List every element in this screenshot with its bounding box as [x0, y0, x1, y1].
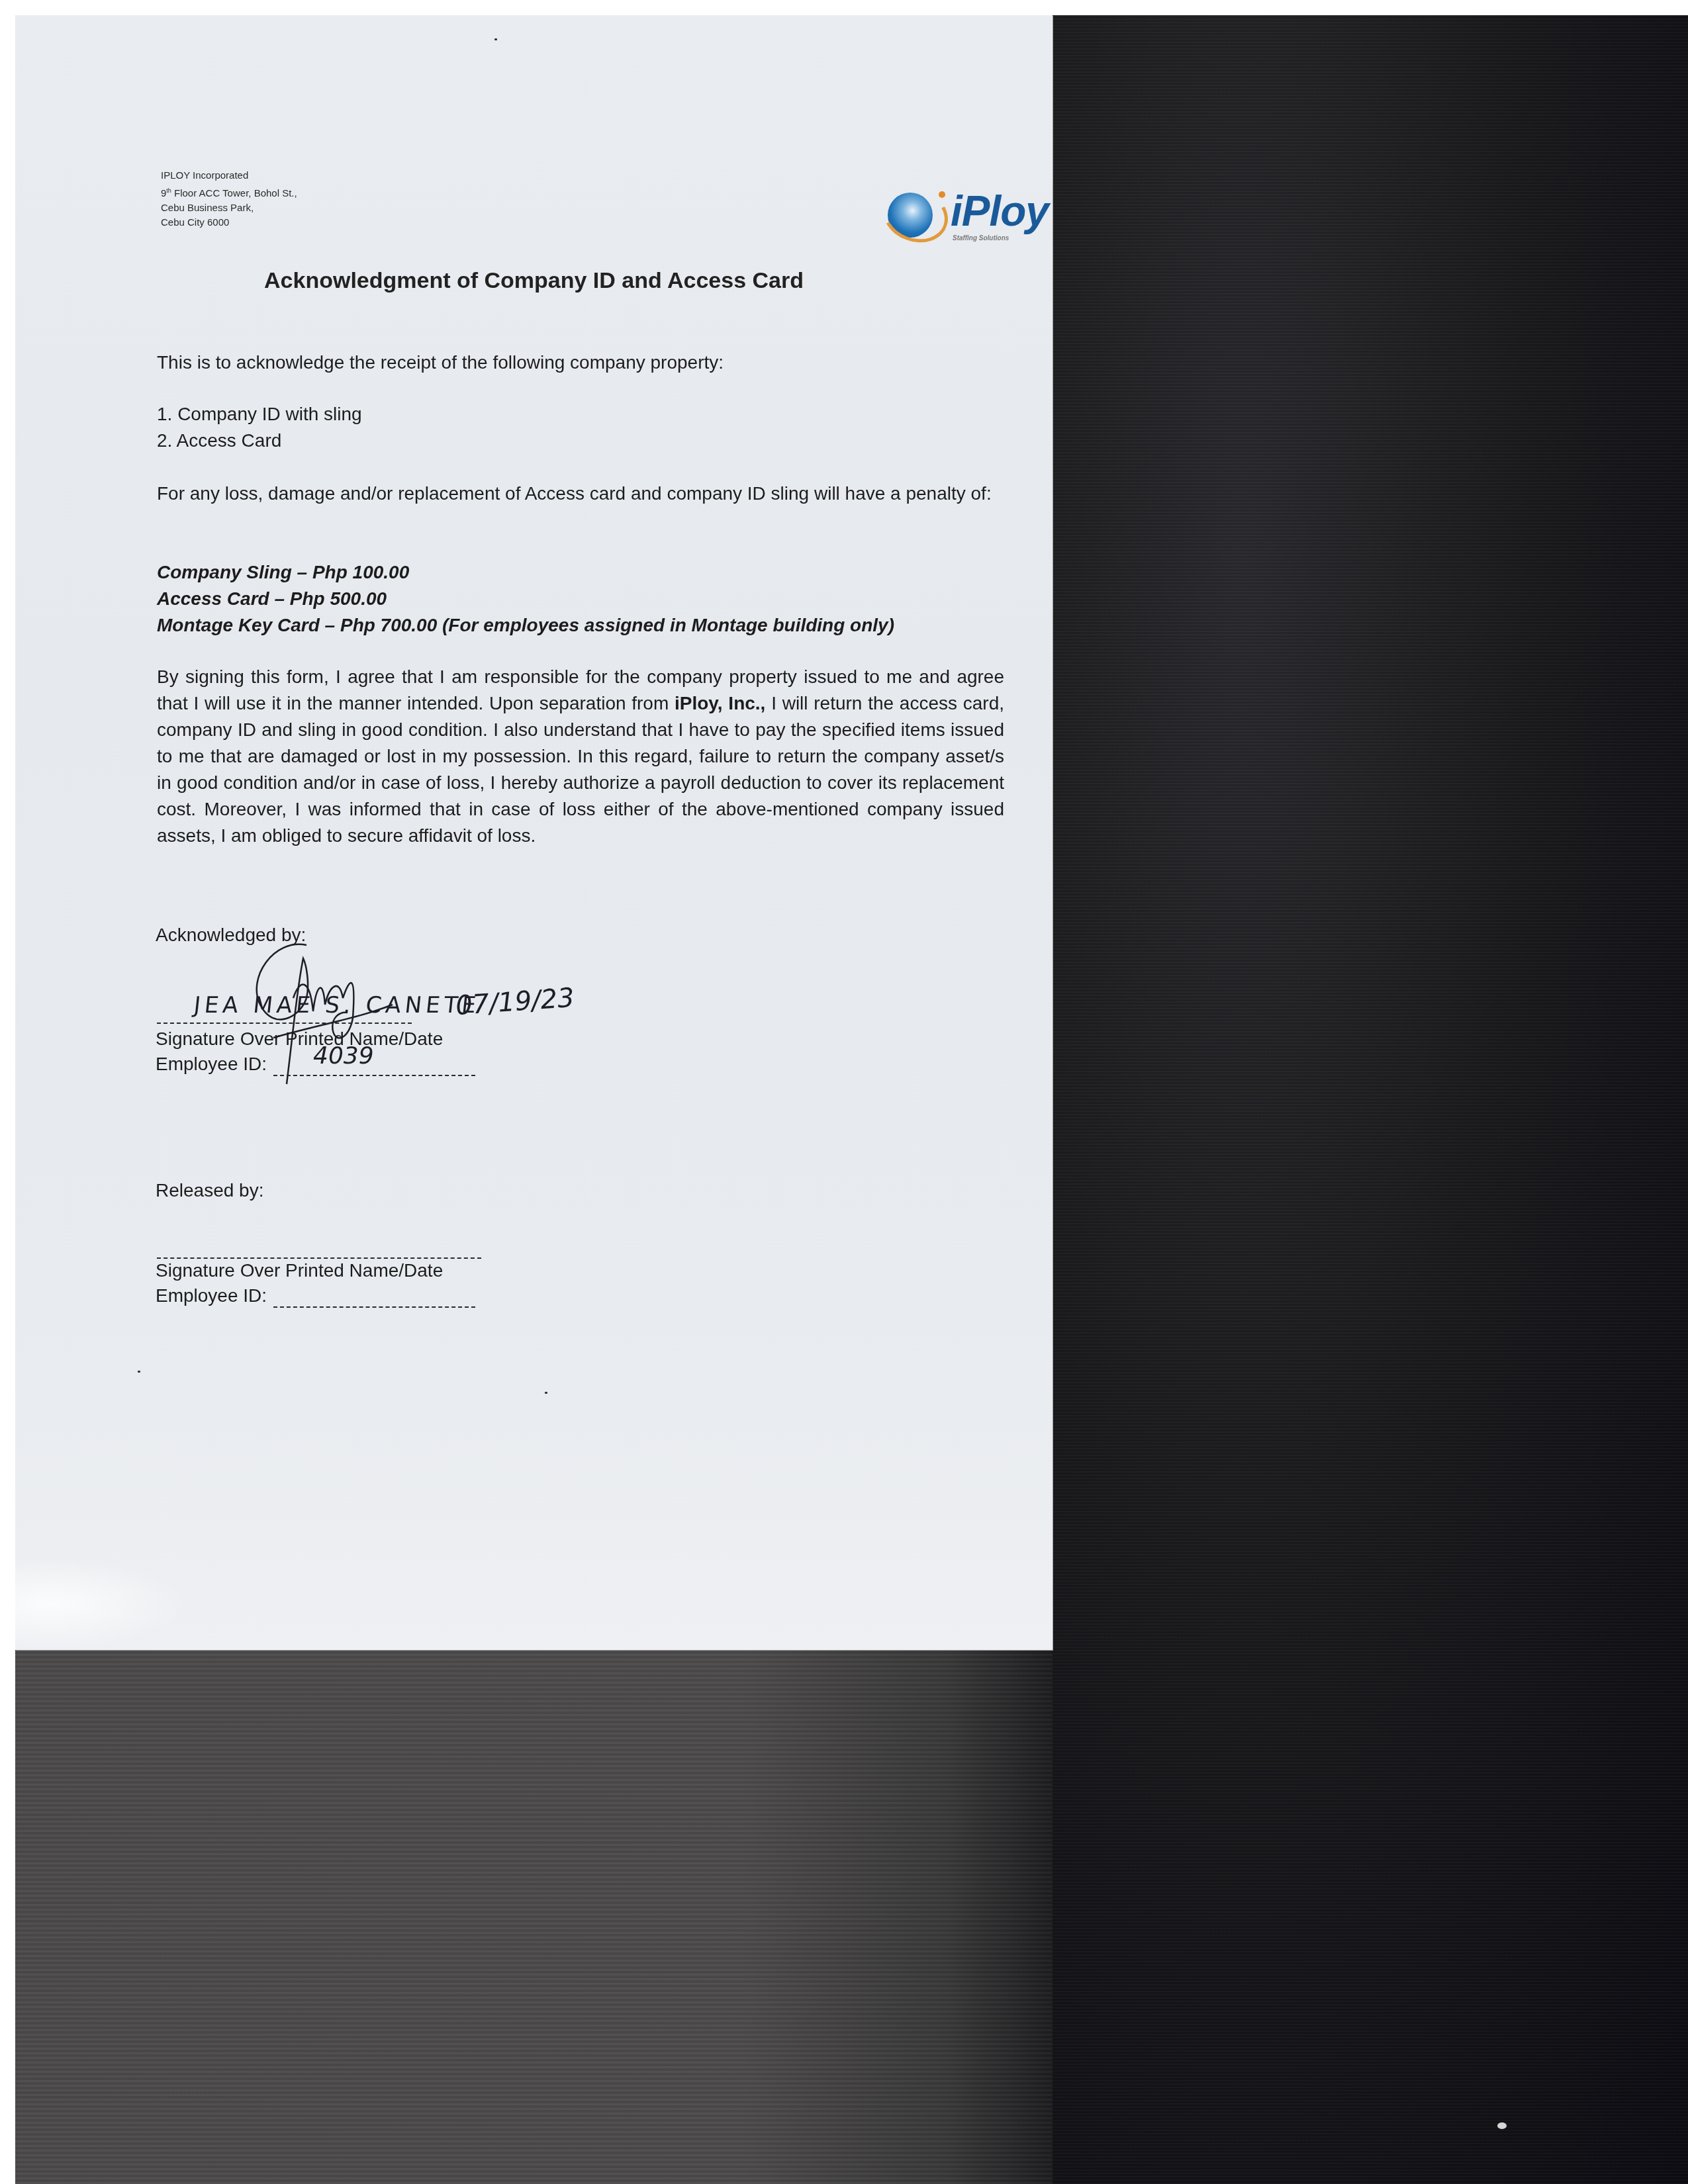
- document-title: Acknowledgment of Company ID and Access …: [15, 268, 1053, 294]
- signature-line: [157, 1023, 412, 1024]
- signature-caption: Signature Over Printed Name/Date: [156, 1257, 443, 1284]
- penalty-fees: Company Sling – Php 100.00 Access Card –…: [157, 559, 894, 639]
- property-item: 2. Access Card: [157, 428, 362, 454]
- signature-caption: Signature Over Printed Name/Date: [156, 1026, 443, 1052]
- employee-id-line: [273, 1306, 475, 1308]
- employee-id-label: Employee ID:: [156, 1051, 267, 1077]
- company-address: IPLOY Incorporated 9th Floor ACC Tower, …: [161, 169, 297, 230]
- agreement-paragraph: By signing this form, I agree that I am …: [157, 664, 1004, 849]
- address-line: 9th Floor ACC Tower, Bohol St.,: [161, 183, 297, 201]
- scanner-bed-right: [1053, 15, 1688, 2184]
- intro-text: This is to acknowledge the receipt of th…: [157, 349, 724, 376]
- employee-id-label: Employee ID:: [156, 1283, 267, 1309]
- address-line: IPLOY Incorporated: [161, 169, 297, 183]
- property-list: 1. Company ID with sling 2. Access Card: [157, 401, 362, 454]
- scan-mark: [545, 1392, 547, 1394]
- scan-mark: [494, 38, 497, 40]
- scanner-bed-bottom: [15, 1650, 1053, 2184]
- handwritten-name: JEA MAE S. CANETE: [193, 992, 481, 1019]
- fee-item: Company Sling – Php 100.00: [157, 559, 894, 586]
- scanned-page: IPLOY Incorporated 9th Floor ACC Tower, …: [15, 15, 1053, 1650]
- property-item: 1. Company ID with sling: [157, 401, 362, 428]
- dust-speck: [1497, 2122, 1507, 2129]
- address-street: Floor ACC Tower, Bohol St.,: [171, 188, 297, 199]
- scan-mark: [138, 1371, 140, 1373]
- company-logo: iPloy Staffing Solutions: [876, 181, 1061, 247]
- logo-tagline: Staffing Solutions: [953, 235, 1009, 242]
- swoosh-icon: [875, 179, 955, 251]
- paper-fold: [15, 1557, 187, 1650]
- fee-item: Access Card – Php 500.00: [157, 586, 894, 612]
- company-name: iPloy, Inc.,: [675, 693, 765, 713]
- address-floor-suffix: th: [166, 187, 171, 194]
- agreement-text: I will return the access card, company I…: [157, 693, 1004, 846]
- handwritten-employee-id: 4039: [313, 1042, 374, 1069]
- address-line: Cebu Business Park,: [161, 201, 297, 216]
- penalty-intro: For any loss, damage and/or replacement …: [157, 480, 1011, 507]
- fee-item: Montage Key Card – Php 700.00 (For emplo…: [157, 612, 894, 639]
- employee-id-line: [273, 1075, 475, 1076]
- logo-brand-text: iPloy: [951, 190, 1049, 232]
- address-line: Cebu City 6000: [161, 216, 297, 230]
- released-by-label: Released by:: [156, 1177, 263, 1204]
- logo-dot-icon: [939, 191, 945, 198]
